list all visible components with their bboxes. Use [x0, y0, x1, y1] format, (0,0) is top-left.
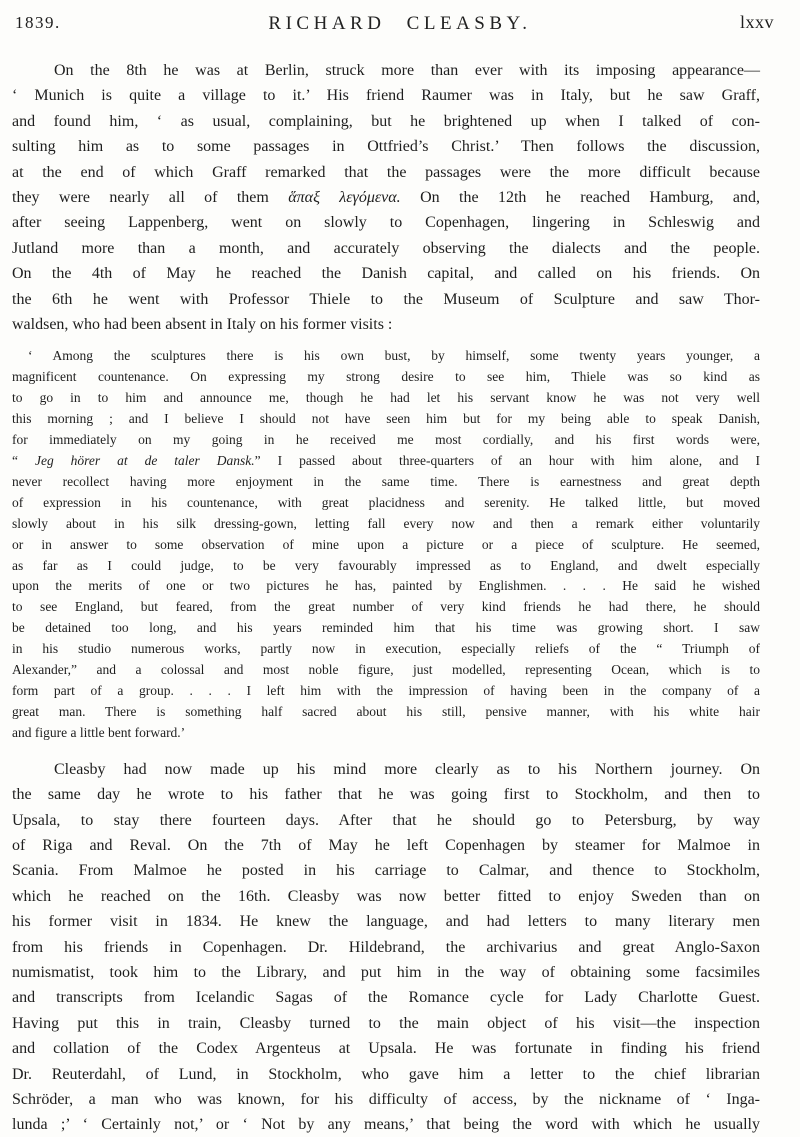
- text-line: and figure a little bent forward.’: [12, 723, 760, 744]
- text-line: On the 4th of May he reached the Danish …: [12, 261, 760, 286]
- text-line: “ Jeg hörer at de taler Dansk.” I passed…: [12, 451, 760, 472]
- text-segment: they were nearly all of them: [12, 189, 288, 206]
- text-segment: Schröder, a man who was known, for his d…: [12, 1091, 760, 1108]
- text-segment: Upsala, to stay there fourteen days. Aft…: [12, 812, 760, 829]
- text-line: of expression in his countenance, with g…: [12, 493, 760, 514]
- text-segment: which he reached on the 16th. Cleasby wa…: [12, 888, 760, 905]
- text-line: Cleasby had now made up his mind more cl…: [12, 757, 760, 782]
- text-line: they were nearly all of them ἅπαξ λεγόμε…: [12, 185, 760, 210]
- text-segment: the 6th he went with Professor Thiele to…: [12, 291, 760, 308]
- text-segment: sulting him as to some passages in Ottfr…: [12, 138, 760, 155]
- page-header: 1839. RICHARD CLEASBY. lxxv: [0, 0, 800, 46]
- text-segment: slowly about in his silk dressing-gown, …: [12, 516, 760, 531]
- text-segment: the same day he wrote to his father that…: [12, 786, 760, 803]
- text-line: On the 8th he was at Berlin, struck more…: [12, 58, 760, 83]
- text-segment: On the 12th he reached Hamburg, and,: [401, 189, 760, 206]
- text-line: great man. There is something half sacre…: [12, 702, 760, 723]
- text-line: his former visit in 1834. He knew the la…: [12, 909, 760, 934]
- text-line: Schröder, a man who was known, for his d…: [12, 1087, 760, 1112]
- text-segment: to see England, but feared, from the gre…: [12, 599, 760, 614]
- text-segment: in his studio numerous works, partly now…: [12, 641, 760, 656]
- text-segment: from his friends in Copenhagen. Dr. Hild…: [12, 939, 760, 956]
- margin-year: 1839.: [15, 13, 61, 33]
- text-segment: On the 8th he was at Berlin, struck more…: [54, 62, 760, 79]
- text-line: upon the merits of one or two pictures h…: [12, 576, 760, 597]
- running-title: RICHARD CLEASBY.: [0, 13, 800, 35]
- paragraph: Cleasby had now made up his mind more cl…: [12, 757, 760, 1137]
- page-number: lxxv: [740, 12, 774, 33]
- text-segment: Cleasby had now made up his mind more cl…: [54, 761, 760, 778]
- text-line: Alexander,” and a colossal and most nobl…: [12, 660, 760, 681]
- text-segment: never recollect having more enjoyment in…: [12, 474, 760, 489]
- text-segment: Alexander,” and a colossal and most nobl…: [12, 662, 760, 677]
- paragraph: On the 8th he was at Berlin, struck more…: [12, 58, 760, 337]
- text-segment: magnificent countenance. On expressing m…: [12, 369, 760, 384]
- text-line: ‘ Munich is quite a village to it.’ His …: [12, 83, 760, 108]
- text-line: Dr. Reuterdahl, of Lund, in Stockholm, w…: [12, 1062, 760, 1087]
- text-line: lunda ;’ ‘ Certainly not,’ or ‘ Not by a…: [12, 1112, 760, 1137]
- text-segment: after seeing Lappenberg, went on slowly …: [12, 214, 760, 231]
- text-line: waldsen, who had been absent in Italy on…: [12, 312, 760, 337]
- book-page: 1839. RICHARD CLEASBY. lxxv On the 8th h…: [0, 0, 800, 1137]
- text-segment: this morning ; and I believe I should no…: [12, 411, 760, 426]
- page-body: On the 8th he was at Berlin, struck more…: [12, 58, 760, 1137]
- text-line: Having put this in train, Cleasby turned…: [12, 1011, 760, 1036]
- text-segment: ‘ Among the sculptures there is his own …: [28, 348, 760, 363]
- text-segment: and transcripts from Icelandic Sagas of …: [12, 989, 760, 1006]
- text-segment: and collation of the Codex Argenteus at …: [12, 1040, 760, 1057]
- text-segment: upon the merits of one or two pictures h…: [12, 578, 760, 593]
- text-line: this morning ; and I believe I should no…: [12, 409, 760, 430]
- text-line: the same day he wrote to his father that…: [12, 782, 760, 807]
- block-quote: ‘ Among the sculptures there is his own …: [12, 346, 760, 743]
- text-segment: for immediately on my going in he receiv…: [12, 432, 760, 447]
- text-line: form part of a group. . . . I left him w…: [12, 681, 760, 702]
- text-line: slowly about in his silk dressing-gown, …: [12, 514, 760, 535]
- text-line: for immediately on my going in he receiv…: [12, 430, 760, 451]
- text-line: ‘ Among the sculptures there is his own …: [12, 346, 760, 367]
- text-segment: of expression in his countenance, with g…: [12, 495, 760, 510]
- text-segment: Having put this in train, Cleasby turned…: [12, 1015, 760, 1032]
- text-line: which he reached on the 16th. Cleasby wa…: [12, 884, 760, 909]
- text-line: and transcripts from Icelandic Sagas of …: [12, 985, 760, 1010]
- text-segment: great man. There is something half sacre…: [12, 704, 760, 719]
- text-line: as far as I could judge, to be very favo…: [12, 556, 760, 577]
- text-segment: at the end of which Graff remarked that …: [12, 164, 760, 181]
- text-line: magnificent countenance. On expressing m…: [12, 367, 760, 388]
- text-line: sulting him as to some passages in Ottfr…: [12, 134, 760, 159]
- text-segment: lunda ;’ ‘ Certainly not,’ or ‘ Not by a…: [12, 1116, 760, 1133]
- text-segment: Scania. From Malmoe he posted in his car…: [12, 862, 760, 879]
- text-segment: ” I passed about three-quarters of an ho…: [255, 453, 760, 468]
- text-line: or in answer to some observation of mine…: [12, 535, 760, 556]
- text-line: Upsala, to stay there fourteen days. Aft…: [12, 808, 760, 833]
- text-line: never recollect having more enjoyment in…: [12, 472, 760, 493]
- text-segment: “: [12, 453, 35, 468]
- text-line: Jutland more than a month, and accuratel…: [12, 236, 760, 261]
- text-line: from his friends in Copenhagen. Dr. Hild…: [12, 935, 760, 960]
- text-segment: be detained too long, and his years remi…: [12, 620, 760, 635]
- text-segment: to go in to him and announce me, though …: [12, 390, 760, 405]
- text-segment: and figure a little bent forward.’: [12, 725, 185, 740]
- text-segment: numismatist, took him to the Library, an…: [12, 964, 760, 981]
- text-segment: On the 4th of May he reached the Danish …: [12, 265, 760, 282]
- text-segment: or in answer to some observation of mine…: [12, 537, 760, 552]
- text-segment: ‘ Munich is quite a village to it.’ His …: [12, 87, 760, 104]
- text-line: to see England, but feared, from the gre…: [12, 597, 760, 618]
- text-segment: his former visit in 1834. He knew the la…: [12, 913, 760, 930]
- text-segment: Dr. Reuterdahl, of Lund, in Stockholm, w…: [12, 1066, 760, 1083]
- text-line: numismatist, took him to the Library, an…: [12, 960, 760, 985]
- text-line: be detained too long, and his years remi…: [12, 618, 760, 639]
- text-line: Scania. From Malmoe he posted in his car…: [12, 858, 760, 883]
- text-line: in his studio numerous works, partly now…: [12, 639, 760, 660]
- text-segment: and found him, ‘ as usual, complaining, …: [12, 113, 760, 130]
- text-line: after seeing Lappenberg, went on slowly …: [12, 210, 760, 235]
- text-segment: Jutland more than a month, and accuratel…: [12, 240, 760, 257]
- italic-text-segment: ἅπαξ λεγόμενα.: [288, 189, 400, 206]
- text-segment: of Riga and Reval. On the 7th of May he …: [12, 837, 760, 854]
- italic-text-segment: Jeg hörer at de taler Dansk.: [35, 453, 255, 468]
- text-line: the 6th he went with Professor Thiele to…: [12, 287, 760, 312]
- text-line: and collation of the Codex Argenteus at …: [12, 1036, 760, 1061]
- text-line: at the end of which Graff remarked that …: [12, 160, 760, 185]
- text-segment: waldsen, who had been absent in Italy on…: [12, 316, 392, 333]
- text-line: of Riga and Reval. On the 7th of May he …: [12, 833, 760, 858]
- text-line: to go in to him and announce me, though …: [12, 388, 760, 409]
- text-segment: as far as I could judge, to be very favo…: [12, 558, 760, 573]
- text-segment: form part of a group. . . . I left him w…: [12, 683, 760, 698]
- text-line: and found him, ‘ as usual, complaining, …: [12, 109, 760, 134]
